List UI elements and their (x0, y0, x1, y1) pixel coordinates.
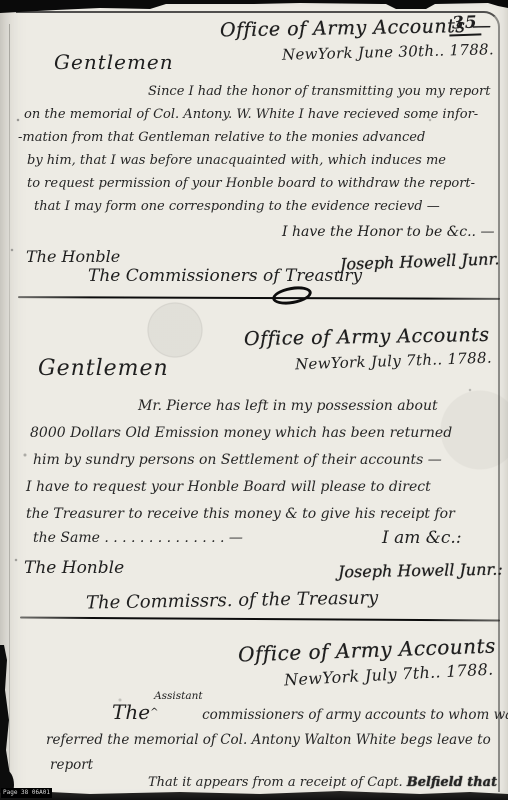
opening-word: The (112, 700, 150, 724)
body-line: Mr. Pierce has left in my possession abo… (138, 398, 438, 414)
body-line-text: That it appears from a receipt of Capt. (148, 775, 407, 790)
body-line: the Same . . . . . . . . . . . . . . — (33, 530, 243, 546)
body-line: That it appears from a receipt of Capt. … (148, 775, 497, 790)
body-line: 8000 Dollars Old Emission money which ha… (30, 425, 452, 441)
body-line: report (50, 757, 93, 773)
closing-line: I have the Honor to be &c.. — (282, 224, 494, 240)
archive-label: Page 38 06A01 (1, 788, 52, 798)
body-line-text: commissioners of army accounts to whom w… (202, 707, 508, 723)
body-line: by him, that I was before unacquainted w… (27, 153, 446, 168)
body-line-with-insertion: The^Assistantcommissioners of army accou… (112, 700, 508, 724)
body-line: referred the memorial of Col. Antony Wal… (46, 732, 491, 748)
body-line: him by sundry persons on Settlement of t… (33, 452, 442, 468)
page-number: 35 (449, 12, 481, 36)
body-line: Since I had the honor of transmitting yo… (148, 84, 490, 99)
salutation: Gentlemen (38, 356, 169, 381)
manuscript-page: Office of Army Accounts — NewYork June 3… (0, 0, 508, 800)
body-line-emphasis: Belfield that (407, 775, 497, 790)
addressee: The Honble (24, 558, 124, 578)
signature: Joseph Howell Junr.: (338, 560, 503, 582)
body-line: that I may form one corresponding to the… (34, 199, 440, 214)
closing-line: I am &c.: (382, 528, 462, 548)
office-heading: Office of Army Accounts (244, 324, 490, 350)
body-line: I have to request your Honble Board will… (26, 479, 431, 495)
caret-insertion-icon: ^ (150, 707, 158, 718)
salutation: Gentlemen (54, 50, 174, 74)
body-line: to request permission of your Honble boa… (27, 176, 475, 191)
body-line: the Treasurer to receive this money & to… (26, 506, 455, 522)
addressee: The Honble (26, 247, 120, 266)
insertion: ^Assistant (150, 701, 202, 719)
body-line: -mation from that Gentleman relative to … (18, 130, 425, 145)
inserted-word: Assistant (154, 690, 203, 702)
body-line: on the memorial of Col. Antony. W. White… (24, 107, 478, 122)
addressee: The Commissioners of Treasury (88, 266, 362, 286)
page-fold-line (9, 24, 10, 780)
